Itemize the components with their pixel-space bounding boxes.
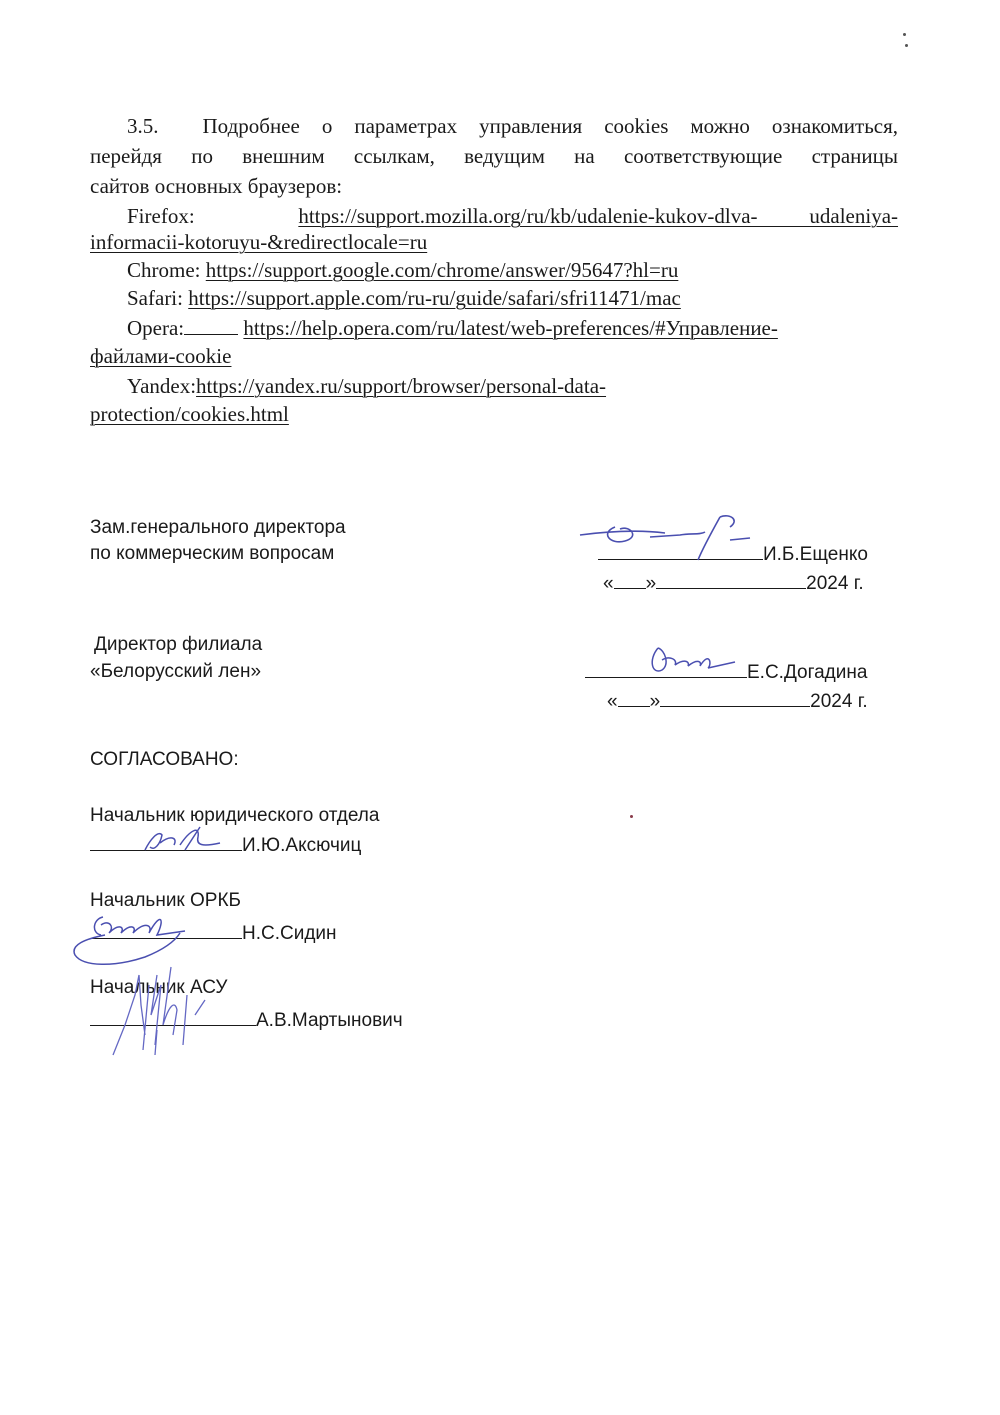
month-blank [656, 568, 806, 589]
approver-3-title: Начальник АСУ [90, 973, 227, 1002]
signatory-2-sign-line: Е.С.Догадина [585, 657, 867, 687]
scan-speck [630, 815, 633, 818]
yandex-link-cont[interactable]: protection/cookies.html [90, 402, 289, 426]
firefox-link[interactable]: https://support.mozilla.org/ru/kb/udalen… [298, 204, 898, 228]
yandex-line-2: protection/cookies.html [90, 400, 289, 429]
signatory-2-date: «»2024 г. [607, 686, 868, 716]
opera-line: Opera: https://help.opera.com/ru/latest/… [127, 314, 778, 343]
firefox-line-2: informacii-kotoruyu-&redirectlocale=ru [90, 228, 427, 257]
signature-blank [598, 539, 763, 560]
paragraph-line-3: сайтов основных браузеров: [90, 172, 342, 201]
firefox-label: Firefox: [90, 204, 195, 228]
safari-line: Safari: https://support.apple.com/ru-ru/… [127, 284, 681, 313]
signatory-1-title-1: Зам.генерального директора [90, 513, 346, 542]
opera-underline-gap [184, 314, 238, 335]
scan-speck [905, 44, 908, 47]
paragraph-line-2: перейдя по внешним ссылкам, ведущим на с… [90, 142, 898, 171]
signature-blank [90, 830, 242, 851]
signature-blank [90, 1005, 256, 1026]
document-page: 3.5. Подробнее о параметрах управления c… [0, 0, 1000, 1415]
day-blank [614, 568, 646, 589]
chrome-line: Chrome: https://support.google.com/chrom… [127, 256, 678, 285]
signature-blank [585, 657, 747, 678]
opera-label: Opera: [127, 316, 184, 340]
day-blank [618, 686, 650, 707]
month-blank [660, 686, 810, 707]
yandex-line: Yandex:https://yandex.ru/support/browser… [127, 372, 606, 401]
signatory-1-year: 2024 г. [806, 573, 863, 594]
firefox-link-cont[interactable]: informacii-kotoruyu-&redirectlocale=ru [90, 230, 427, 254]
signatory-1-date: «»2024 г. [603, 568, 864, 598]
approved-heading: СОГЛАСОВАНО: [90, 745, 239, 774]
signatory-2-name: Е.С.Догадина [747, 662, 867, 683]
approver-3-sign-line: А.В.Мартынович [90, 1005, 403, 1035]
yandex-label: Yandex: [127, 374, 196, 398]
paragraph-number: 3.5. [90, 114, 159, 138]
opera-link[interactable]: https://help.opera.com/ru/latest/web-pre… [243, 316, 778, 340]
yandex-link[interactable]: https://yandex.ru/support/browser/person… [196, 374, 606, 398]
signatory-2-title-1: Директор филиала [94, 630, 262, 659]
opera-line-2: файлами-cookie [90, 342, 231, 371]
signatory-1-name: И.Б.Ещенко [763, 544, 868, 565]
date-quote-close: » [646, 573, 657, 594]
approver-1-title: Начальник юридического отдела [90, 801, 379, 830]
date-quote-close: » [650, 691, 661, 712]
approver-3-name: А.В.Мартынович [256, 1010, 403, 1031]
signatory-1-sign-line: И.Б.Ещенко [598, 539, 868, 569]
opera-link-cont[interactable]: файлами-cookie [90, 344, 231, 368]
paragraph-text-1: Подробнее о параметрах управления cookie… [203, 114, 899, 138]
safari-link[interactable]: https://support.apple.com/ru-ru/guide/sa… [188, 286, 681, 310]
date-quote-open: « [603, 573, 614, 594]
date-quote-open: « [607, 691, 618, 712]
chrome-label: Chrome: [127, 258, 201, 282]
paragraph-line-1: 3.5. Подробнее о параметрах управления c… [90, 112, 898, 141]
scan-speck [903, 33, 906, 36]
signatory-2-title-2: «Белорусский лен» [90, 657, 261, 686]
signature-blank [90, 918, 242, 939]
safari-label: Safari: [127, 286, 183, 310]
signatory-1-title-2: по коммерческим вопросам [90, 539, 334, 568]
approver-2-name: Н.С.Сидин [242, 923, 337, 944]
approver-1-name: И.Ю.Аксючиц [242, 835, 361, 856]
signatory-2-year: 2024 г. [810, 691, 867, 712]
firefox-line: Firefox: https://support.mozilla.org/ru/… [90, 202, 898, 231]
approver-2-sign-line: Н.С.Сидин [90, 918, 337, 948]
approver-2-title: Начальник ОРКБ [90, 886, 241, 915]
approver-1-sign-line: И.Ю.Аксючиц [90, 830, 361, 860]
chrome-link[interactable]: https://support.google.com/chrome/answer… [206, 258, 679, 282]
